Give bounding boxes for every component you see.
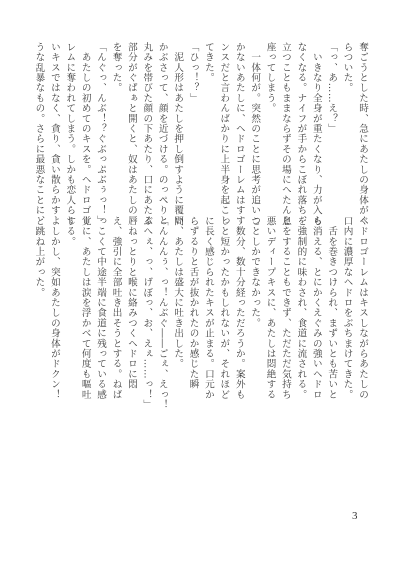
text-line: あたしの初めてのキスを。ヘドロゴー [77,42,92,214]
text-line: しかし、突如あたしの身体がドクン！ [46,216,61,382]
text-line: ンスだと言わんばかりに上半身を起こし [216,42,231,214]
text-line: する。 [62,216,77,382]
text-line: ことしかできなかった。 [247,216,262,382]
page-number: 3 [352,510,358,522]
text-line: ヘドロゴーレムはキスしながらあたしの [355,216,370,382]
text-line: 奪ごうとした時、急にあたしの身体がぐ [355,42,370,214]
text-line: 「ひっ！？」 [185,42,200,214]
text-line: に長く感じられたキスが止まる。口元か [201,216,216,382]
text-line: を奪った。 [108,42,123,214]
text-line: も消える、とにかくえぐみの強いヘドロ [308,216,323,382]
text-line: え、強引に全部吐き出そうとする。ねば [108,216,123,382]
document-page: 奪ごうとした時、急にあたしの身体がぐ らついた。 「っ、あ……え？」 いきなり全… [0,0,400,568]
text-line: 部分がぐぱぁと開くと、奴はあたしの唇 [124,42,139,214]
text-line: 一体何が。突然のことに思考が追いつ [247,42,262,214]
text-line: と跳ね上がった。 [31,216,46,382]
text-tier-bottom: ヘドロゴーレムはキスしながらあたしの 口内に濃厚なヘドロをぶちまけてきた。 舌を… [50,216,370,382]
text-line: っこくて中途半端に食道に残っている感 [93,216,108,382]
text-line: 丸みを帯びた顔の下あたり、口にあたる [139,42,154,214]
text-line: らついた。 [339,42,354,214]
text-line: かぶさって、顔を近づける。のっぺりと [154,42,169,214]
text-line: っと短かったかもしれないが、それほど [216,216,231,382]
text-line: 「っ、あ……え？」 [324,42,339,214]
text-line: うな乱暴なもの。さらに最悪なことに、 [31,42,46,214]
text-line: 悪いディープキスに、あたしは悶絶する [262,216,277,382]
text-line: いキスではなく、貪り、貪い散らかすよ [46,42,61,214]
text-line: 覚に、あたしは涙を浮かべて何度も嘔吐 [77,216,92,382]
text-line: 座ってしまう。 [262,42,277,214]
text-line: 息をすることもできず、ただただ気持ち [278,216,293,382]
text-line: いきなり全身が重たくなり、力が入ら [308,42,323,214]
text-line: なくなる。ナイフが手からこぼれ落ち、 [293,42,308,214]
text-line: ねっとりと喉に絡みつくヘドロに悶 [124,216,139,382]
text-line: 数分、数十分経っただろうか。案外も [231,216,246,382]
text-line: 口内に濃厚なヘドロをぶちまけてきた。 [339,216,354,382]
text-line: 「んぐっ、んぶ！？ぐぶっぷぶぅっ！」 [93,42,108,214]
text-line: てきた。 [201,42,216,214]
text-line: 「んんんぅ、っ！んぶぐ――ごぇ、えっ！ [154,216,169,382]
text-line: かないあたしに、ヘドロゴーレムはすす [231,42,246,214]
text-line: 泥人形はあたしを押し倒すように覆い [170,42,185,214]
text-line: 間、あたしは盛大に吐き出した。 [170,216,185,382]
text-line: ぶへぇ、っ、げぼっ、お、えぇ……っ！」 [139,216,154,382]
text-line: らずるりと舌が抜かれたのか感じた瞬 [185,216,200,382]
text-line: 立つこともままならずその場にへたんと [278,42,293,214]
text-line: を強制的に味わされ、食道に流される。 [293,216,308,382]
text-tier-top: 奪ごうとした時、急にあたしの身体がぐ らついた。 「っ、あ……え？」 いきなり全… [30,42,370,214]
text-line: 舌を巻きつけられ、まずいとも苦いと [324,216,339,382]
text-line: レムに奪われてしまう。しかも恋人らし [62,42,77,214]
